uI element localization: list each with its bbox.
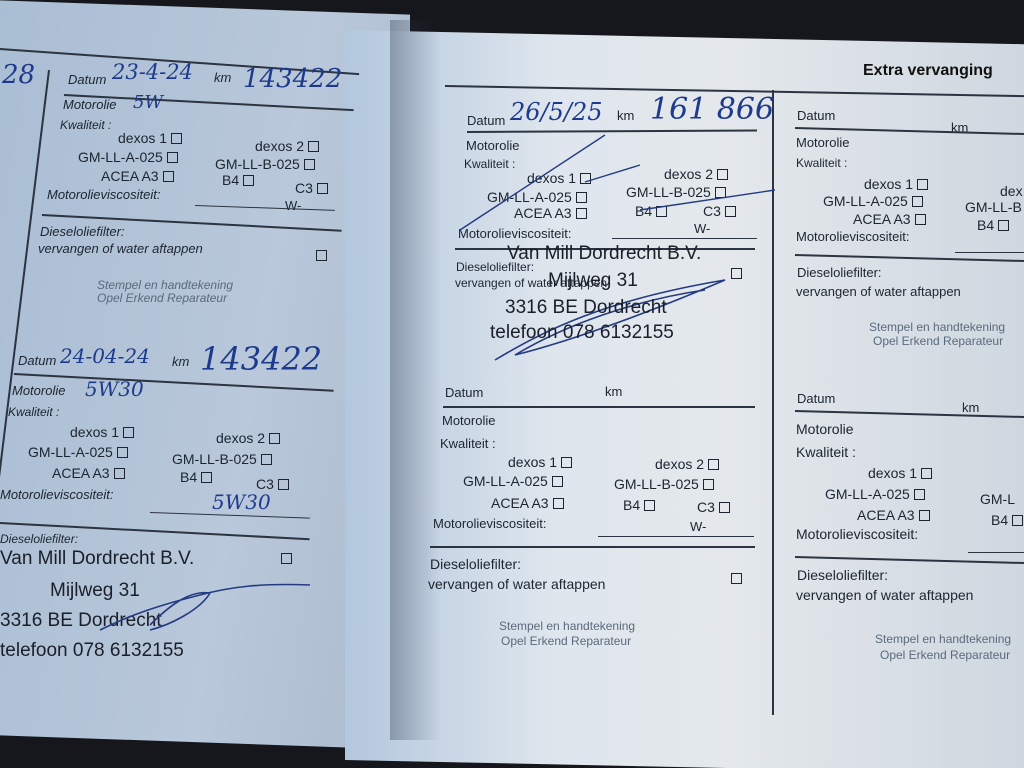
checkbox[interactable] [998,220,1009,231]
checkbox[interactable] [719,502,730,513]
b4-option[interactable]: B4 [977,217,1009,233]
gmllb-option[interactable]: GM-LL-B-025 [172,451,272,467]
checkbox[interactable] [703,479,714,490]
datum-label: Datum [18,353,56,368]
checkbox[interactable] [163,171,174,182]
checkbox[interactable] [921,468,932,479]
b4-option[interactable]: B4 [180,469,212,485]
dexos2-option[interactable]: dex [1000,183,1023,199]
viscositeit-label: Motorolieviscositeit: [433,516,546,531]
viscositeit-label: Motorolieviscositeit: [47,187,160,202]
km-label: km [962,400,979,415]
kwaliteit-label: Kwaliteit : [440,436,496,451]
b4-option[interactable]: B4 [991,512,1023,528]
datum-label: Datum [797,391,835,406]
c3-option[interactable]: C3 [697,499,730,515]
stamp-line-4: telefoon 078 6132155 [490,322,674,344]
viscositeit-label: Motorolieviscositeit: [796,229,909,244]
checkbox[interactable] [171,133,182,144]
acea-option[interactable]: ACEA A3 [52,465,125,481]
stempel-label-2: Opel Erkend Reparateur [880,648,1010,662]
viscositeit-label: Motorolieviscositeit: [0,487,113,502]
stempel-label-2: Opel Erkend Reparateur [97,291,227,305]
motorolie-value[interactable]: 5W30 [85,377,144,401]
diesel-label: Dieseloliefilter: [40,224,125,239]
acea-option[interactable]: ACEA A3 [101,168,174,184]
checkbox[interactable] [201,472,212,483]
motorolie-label: Motorolie [12,383,65,398]
kwaliteit-label: Kwaliteit : [60,118,111,132]
datum-label: Datum [68,72,106,87]
diesel-checkbox[interactable] [316,250,327,261]
checkbox[interactable] [912,196,923,207]
checkbox[interactable] [269,433,280,444]
checkbox[interactable] [304,159,315,170]
diesel-label-2: vervangen of water aftappen [428,576,605,592]
checkbox[interactable] [561,457,572,468]
motorolie-label: Motorolie [796,135,849,150]
checkbox[interactable] [1012,515,1023,526]
gmlla-option[interactable]: GM-LL-A-025 [463,473,563,489]
gmllb-option[interactable]: GM-LL-B-025 [614,476,714,492]
dexos2-option[interactable]: dexos 2 [216,430,280,446]
page-title: Extra vervanging [863,62,993,80]
motorolie-label: Motorolie [63,97,116,112]
book-spine-shadow [390,20,440,740]
checkbox[interactable] [917,179,928,190]
viscositeit-line [955,252,1024,253]
stamp-line-1: Van Mill Dordrecht B.V. [507,243,701,265]
diesel-label: Dieseloliefilter: [430,556,521,572]
gmllb-option[interactable]: GM-LL-B-025 [215,156,315,172]
signature [90,575,320,645]
checkbox[interactable] [553,498,564,509]
checkbox[interactable] [308,141,319,152]
dexos2-option[interactable]: dexos 2 [655,456,719,472]
viscositeit-prefix: W- [690,519,706,534]
stempel-label: Stempel en handtekening [875,632,1011,646]
motorolie-label: Motorolie [442,413,495,428]
datum-label: Datum [797,108,835,123]
checkbox[interactable] [708,459,719,470]
stempel-label: Stempel en handtekening [499,619,635,633]
checkbox[interactable] [114,468,125,479]
diesel-label: Dieseloliefilter: [797,265,882,280]
datum-value[interactable]: 23-4-24 [112,60,193,84]
km-value[interactable]: 143422 [243,64,342,94]
datum-value[interactable]: 24-04-24 [60,344,150,368]
diesel-label: Dieseloliefilter: [0,532,78,546]
motorolie-label: Motorolie [796,421,854,437]
acea-option[interactable]: ACEA A3 [491,495,564,511]
checkbox[interactable] [915,214,926,225]
checkbox[interactable] [919,510,930,521]
km-label: km [605,384,622,399]
gmllb-option[interactable]: GM-LL-B [965,199,1022,215]
acea-option[interactable]: ACEA A3 [857,507,930,523]
kwaliteit-label: Kwaliteit : [796,444,856,460]
dexos1-option[interactable]: dexos 1 [70,424,134,440]
checkbox[interactable] [117,447,128,458]
margin-handwriting: 28 [2,60,35,90]
checkbox[interactable] [278,479,289,490]
dexos1-option[interactable]: dexos 1 [118,130,182,146]
stamp-line-2: Mijlweg 31 [548,270,638,292]
diesel-label-2: vervangen of water aftappen [796,587,973,603]
checkbox[interactable] [261,454,272,465]
gmlla-option[interactable]: GM-LL-A-025 [825,486,925,502]
acea-option[interactable]: ACEA A3 [853,211,926,227]
stempel-label: Stempel en handtekening [97,278,233,292]
stempel-label-2: Opel Erkend Reparateur [501,634,631,648]
datum-label: Datum [445,385,483,400]
diesel-label-2: vervangen of water aftappen [796,284,961,299]
kwaliteit-label: Kwaliteit : [8,405,59,419]
dexos1-option[interactable]: dexos 1 [864,176,928,192]
checkbox[interactable] [123,427,134,438]
checkbox[interactable] [914,489,925,500]
diesel-label-2: vervangen of water aftappen [38,241,203,256]
diesel-checkbox[interactable] [281,553,292,564]
motorolie-value[interactable]: 5W [133,92,163,113]
dexos1-option[interactable]: dexos 1 [508,454,572,470]
km-value[interactable]: 161 866 [650,92,774,127]
checkbox[interactable] [644,500,655,511]
viscositeit-value[interactable]: 5W30 [212,490,271,514]
stempel-label: Stempel en handtekening [869,320,1005,334]
stamp-line-1: Van Mill Dordrecht B.V. [0,548,194,570]
gmllb-option[interactable]: GM-L [980,491,1015,507]
b4-option[interactable]: B4 [623,497,655,513]
datum-label: Datum [467,113,505,128]
divider [430,546,755,548]
b4-option[interactable]: B4 [222,172,254,188]
gmlla-option[interactable]: GM-LL-A-025 [823,193,923,209]
checkbox[interactable] [552,476,563,487]
kwaliteit-label: Kwaliteit : [796,156,847,170]
km-label: km [172,354,189,369]
divider [443,406,755,408]
c3-option[interactable]: C3 [295,180,328,196]
km-value[interactable]: 143422 [200,340,322,378]
viscositeit-line [598,536,754,537]
dexos1-option[interactable]: dexos 1 [868,465,932,481]
stempel-label-2: Opel Erkend Reparateur [873,334,1003,348]
checkbox[interactable] [243,175,254,186]
checkbox[interactable] [317,183,328,194]
km-label: km [617,108,634,123]
gmlla-option[interactable]: GM-LL-A-025 [28,444,128,460]
gmlla-option[interactable]: GM-LL-A-025 [78,149,178,165]
viscositeit-prefix: W- [285,198,301,213]
km-label: km [214,70,231,85]
diesel-checkbox[interactable] [731,573,742,584]
datum-value[interactable]: 26/5/25 [510,98,603,126]
dexos2-option[interactable]: dexos 2 [255,138,319,154]
checkbox[interactable] [167,152,178,163]
diesel-label: Dieseloliefilter: [797,567,888,583]
viscositeit-line [968,552,1024,553]
viscositeit-label: Motorolieviscositeit: [796,526,918,542]
stamp-line-3: 3316 BE Dordrecht [505,297,667,319]
